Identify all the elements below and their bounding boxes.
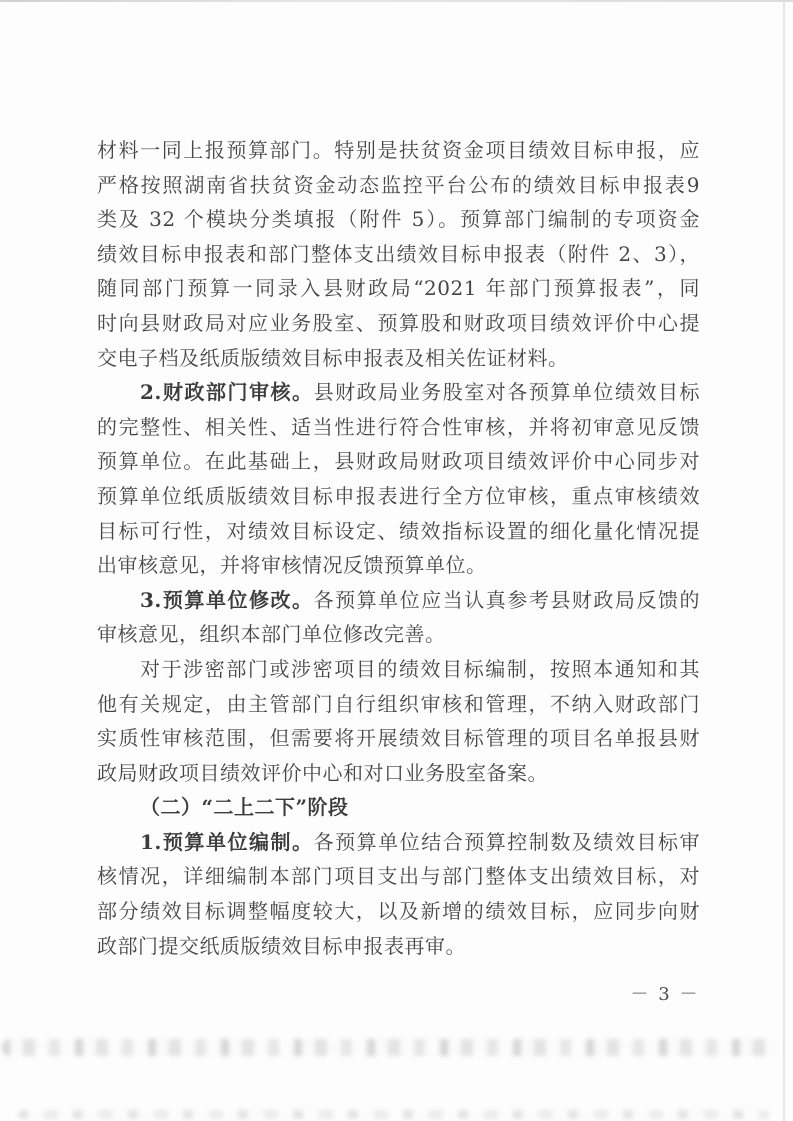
line-text: 部分绩效目标调整幅度较大，以及新增的绩效目标，应同步向财 bbox=[97, 899, 700, 923]
line-text: 时向县财政局对应业务股室、预算股和财政项目绩效评价中心提 bbox=[97, 311, 700, 335]
line-text: 实质性审核范围，但需要将开展绩效目标管理的项目名单报县财 bbox=[97, 726, 700, 750]
line-text: 随同部门预算一同录入县财政局“2021 年部门预算报表”，同 bbox=[97, 276, 700, 300]
scanned-document-page: 材料一同上报预算部门。特别是扶贫资金项目绩效目标申报，应严格按照湖南省扶贫资金动… bbox=[0, 0, 793, 1121]
text-line: 2.财政部门审核。县财政局业务股室对各预算单位绩效目标 bbox=[97, 375, 700, 410]
document-body-text: 材料一同上报预算部门。特别是扶贫资金项目绩效目标申报，应严格按照湖南省扶贫资金动… bbox=[97, 133, 700, 963]
bold-run: 3.预算单位修改。 bbox=[140, 588, 314, 612]
text-line: 交电子档及纸质版绩效目标申报表及相关佐证材料。 bbox=[97, 341, 700, 376]
text-line: 出审核意见，并将审核情况反馈预算单位。 bbox=[97, 548, 700, 583]
text-line: 预算单位。在此基础上，县财政局财政项目绩效评价中心同步对 bbox=[97, 444, 700, 479]
scan-bleedthrough-artifact bbox=[2, 1039, 777, 1056]
scan-bleedthrough-artifact bbox=[18, 1110, 770, 1119]
line-text: 绩效目标申报表和部门整体支出绩效目标申报表（附件 2、3）， bbox=[97, 242, 700, 266]
scan-edge-artifact-top bbox=[0, 0, 793, 2]
line-text: 严格按照湖南省扶贫资金动态监控平台公布的绩效目标申报表9 bbox=[97, 173, 700, 197]
line-text: 的完整性、相关性、适当性进行符合性审核，并将初审意见反馈 bbox=[97, 415, 700, 439]
line-text: 对于涉密部门或涉密项目的绩效目标编制，按照本通知和其 bbox=[140, 657, 700, 681]
line-text: 各预算单位结合预算控制数及绩效目标审 bbox=[314, 830, 700, 854]
text-line: 目标可行性，对绩效目标设定、绩效指标设置的细化量化情况提 bbox=[97, 514, 700, 549]
line-text: 交电子档及纸质版绩效目标申报表及相关佐证材料。 bbox=[97, 346, 569, 370]
line-text: 政部门提交纸质版绩效目标申报表再审。 bbox=[97, 934, 466, 958]
text-line: 材料一同上报预算部门。特别是扶贫资金项目绩效目标申报，应 bbox=[97, 133, 700, 168]
text-line: 他有关规定，由主管部门自行组织审核和管理，不纳入财政部门 bbox=[97, 687, 700, 722]
text-line: 政局财政项目绩效评价中心和对口业务股室备案。 bbox=[97, 756, 700, 791]
text-line: 对于涉密部门或涉密项目的绩效目标编制，按照本通知和其 bbox=[97, 652, 700, 687]
text-line: 绩效目标申报表和部门整体支出绩效目标申报表（附件 2、3）， bbox=[97, 237, 700, 272]
scan-edge-artifact-right bbox=[783, 0, 785, 1121]
section-heading: （二）“二上二下”阶段 bbox=[97, 790, 700, 825]
text-line: 时向县财政局对应业务股室、预算股和财政项目绩效评价中心提 bbox=[97, 306, 700, 341]
text-line: 3.预算单位修改。各预算单位应当认真参考县财政局反馈的 bbox=[97, 583, 700, 618]
line-text: 类及 32 个模块分类填报（附件 5）。预算部门编制的专项资金 bbox=[97, 207, 700, 231]
line-text: 材料一同上报预算部门。特别是扶贫资金项目绩效目标申报，应 bbox=[97, 138, 700, 162]
line-text: 县财政局业务股室对各预算单位绩效目标 bbox=[314, 380, 700, 404]
text-line: 类及 32 个模块分类填报（附件 5）。预算部门编制的专项资金 bbox=[97, 202, 700, 237]
line-text: 预算单位。在此基础上，县财政局财政项目绩效评价中心同步对 bbox=[97, 449, 700, 473]
text-line: 核情况，详细编制本部门项目支出与部门整体支出绩效目标，对 bbox=[97, 859, 700, 894]
text-line: 实质性审核范围，但需要将开展绩效目标管理的项目名单报县财 bbox=[97, 721, 700, 756]
text-line: 的完整性、相关性、适当性进行符合性审核，并将初审意见反馈 bbox=[97, 410, 700, 445]
text-line: 审核意见，组织本部门单位修改完善。 bbox=[97, 617, 700, 652]
line-text: 审核意见，组织本部门单位修改完善。 bbox=[97, 622, 446, 646]
text-line: 部分绩效目标调整幅度较大，以及新增的绩效目标，应同步向财 bbox=[97, 894, 700, 929]
line-text: 目标可行性，对绩效目标设定、绩效指标设置的细化量化情况提 bbox=[97, 519, 700, 543]
text-line: 政部门提交纸质版绩效目标申报表再审。 bbox=[97, 929, 700, 964]
text-line: 1.预算单位编制。各预算单位结合预算控制数及绩效目标审 bbox=[97, 825, 700, 860]
page-number: － 3 － bbox=[615, 980, 715, 1010]
line-text: 他有关规定，由主管部门自行组织审核和管理，不纳入财政部门 bbox=[97, 692, 700, 716]
line-text: 各预算单位应当认真参考县财政局反馈的 bbox=[314, 588, 700, 612]
text-line: 随同部门预算一同录入县财政局“2021 年部门预算报表”，同 bbox=[97, 271, 700, 306]
line-text: 预算单位纸质版绩效目标申报表进行全方位审核，重点审核绩效 bbox=[97, 484, 700, 508]
bold-run: 2.财政部门审核。 bbox=[140, 380, 314, 404]
line-text: 政局财政项目绩效评价中心和对口业务股室备案。 bbox=[97, 761, 548, 785]
line-text: 核情况，详细编制本部门项目支出与部门整体支出绩效目标，对 bbox=[97, 864, 700, 888]
bold-run: 1.预算单位编制。 bbox=[140, 830, 314, 854]
line-text: 出审核意见，并将审核情况反馈预算单位。 bbox=[97, 553, 487, 577]
text-line: 严格按照湖南省扶贫资金动态监控平台公布的绩效目标申报表9 bbox=[97, 168, 700, 203]
text-line: 预算单位纸质版绩效目标申报表进行全方位审核，重点审核绩效 bbox=[97, 479, 700, 514]
bold-run: （二）“二上二下”阶段 bbox=[140, 795, 349, 819]
